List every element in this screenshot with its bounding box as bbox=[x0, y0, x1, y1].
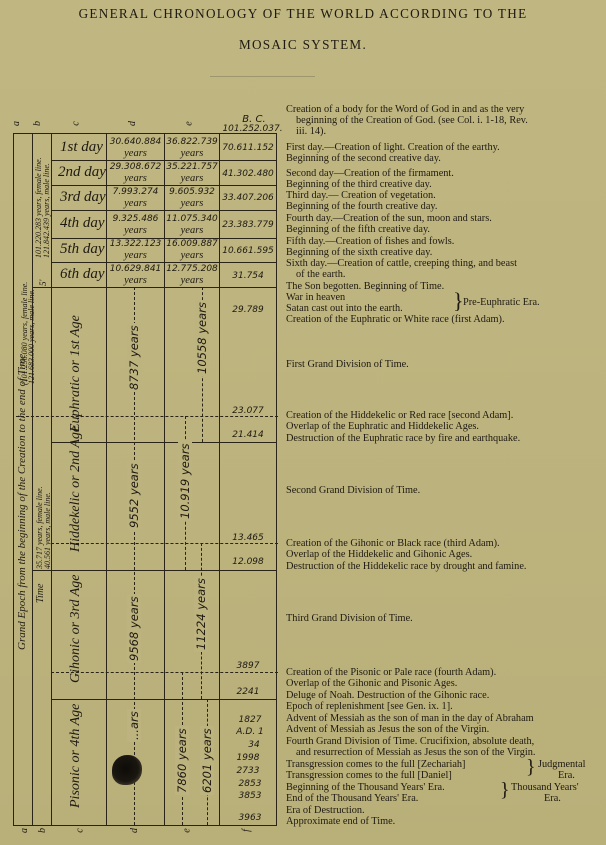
age-years-female: 9552 years bbox=[127, 461, 141, 530]
brace: } bbox=[526, 757, 536, 777]
age-label-hiddekelic: Hiddekelic or 2nd Age bbox=[68, 426, 84, 552]
description-line: Judgmental bbox=[538, 759, 585, 770]
col-d-right-border bbox=[164, 133, 165, 825]
description-line: Beginning of the sixth creative day. bbox=[286, 247, 432, 258]
description-line: Approximate end of Time. bbox=[286, 816, 395, 827]
col-b-right-border bbox=[51, 133, 52, 825]
col-b-time-male: 40.561 years, male line. bbox=[43, 492, 52, 569]
col-b-mark: 5' bbox=[38, 280, 48, 286]
description-line: iii. 14). bbox=[296, 126, 326, 137]
col-b-time-label: Time bbox=[35, 584, 46, 603]
col-a-male-line: 121.683.000 years, male line. bbox=[27, 289, 36, 384]
date-value: 2241 bbox=[220, 687, 276, 697]
description-line: First Grand Division of Time. bbox=[286, 359, 409, 370]
column-letter-d-bottom: d bbox=[129, 828, 140, 833]
date-value: 34 bbox=[226, 740, 282, 750]
day-label: 3rd day bbox=[60, 189, 106, 206]
age-label-pisonic: Pisonic or 4th Age bbox=[68, 704, 84, 808]
date-value: 1998 bbox=[220, 753, 276, 763]
description-line: Beginning of the second creative day. bbox=[286, 153, 441, 164]
female-line-cell: 30.640.884years bbox=[107, 137, 164, 159]
column-letter-e-bottom: e bbox=[182, 828, 193, 832]
age-label-euphratic: Euphratic or 1st Age bbox=[68, 315, 84, 432]
description-line: Overlap of the Gihonic and Pisonic Ages. bbox=[286, 678, 457, 689]
date-value: 3963 bbox=[222, 813, 278, 823]
age-years-male: 7860 years bbox=[175, 726, 189, 795]
ink-stain bbox=[112, 755, 142, 785]
day-label: 1st day bbox=[60, 139, 103, 156]
date-value: 29.789 bbox=[220, 305, 276, 315]
description-line: Epoch of replenishment [see Gen. ix. 1]. bbox=[286, 701, 453, 712]
description-line: Transgression comes to the full [Daniel] bbox=[286, 770, 452, 781]
description-line: Third Grand Division of Time. bbox=[286, 613, 413, 624]
description-line: Era. bbox=[558, 770, 575, 781]
description-line: Satan cast out into the earth. bbox=[286, 303, 403, 314]
overlap-line bbox=[16, 416, 278, 417]
description-line: Pre-Euphratic Era. bbox=[463, 297, 540, 308]
date-value: 41.302.480 bbox=[220, 169, 276, 179]
description-line: First day.—Creation of light. Creation o… bbox=[286, 142, 500, 153]
brace: } bbox=[500, 780, 510, 800]
description-line: Thousand Years' bbox=[511, 782, 579, 793]
day-label: 4th day bbox=[60, 215, 105, 232]
description-line: Advent of Messiah as the son of man in t… bbox=[286, 713, 534, 724]
description-line: Transgression comes to the full [Zechari… bbox=[286, 759, 465, 770]
date-value: 3897 bbox=[220, 661, 276, 671]
description-line: Creation of the Euphratic or White race … bbox=[286, 314, 505, 325]
age-years-male: 11224 years bbox=[194, 576, 208, 652]
female-line-cell: 10.629.841years bbox=[107, 264, 164, 286]
female-line-cell: 29.308.672years bbox=[107, 162, 164, 184]
male-line-cell: 11.075.340years bbox=[165, 214, 219, 236]
col-b-creation-male: 121.842.439 years, male line. bbox=[42, 163, 51, 258]
female-line-cell: 7.993.274years bbox=[107, 187, 164, 209]
description-line: Fifth day.—Creation of fishes and fowls. bbox=[286, 236, 454, 247]
row-line bbox=[32, 287, 276, 288]
age-label-gihonic: Gihonic or 3rd Age bbox=[68, 575, 84, 684]
description-line: End of the Thousand Years' Era. bbox=[286, 793, 418, 804]
col-a-grand-epoch-label: Grand Epoch from the beginning of the Cr… bbox=[16, 354, 28, 650]
age-boundary bbox=[32, 570, 276, 571]
brace: } bbox=[453, 290, 464, 312]
description-line: beginning of the Creation of God. (see C… bbox=[296, 115, 528, 126]
age-boundary bbox=[51, 699, 276, 700]
description-line: Overlap of the Hiddekelic and Gihonic Ag… bbox=[286, 549, 472, 560]
female-line-cell: 9.325.486years bbox=[107, 214, 164, 236]
day-label: 6th day bbox=[60, 266, 105, 283]
overlap-line bbox=[51, 672, 278, 673]
date-value: 10.661.595 bbox=[220, 246, 276, 256]
description-line: Overlap of the Euphratic and Hiddekelic … bbox=[286, 421, 479, 432]
description-line: Third day.— Creation of vegetation. bbox=[286, 190, 436, 201]
description-line: Era. bbox=[544, 793, 561, 804]
male-line-cell: 36.822.739years bbox=[165, 137, 219, 159]
overlap-line bbox=[51, 543, 278, 544]
age-years-female: ...ars bbox=[127, 709, 141, 742]
description-line: Destruction of the Euphratic race by fir… bbox=[286, 433, 520, 444]
date-value: 2853 bbox=[222, 779, 278, 789]
column-letter-f-bottom: f bbox=[241, 829, 252, 832]
table-top-border bbox=[13, 133, 277, 134]
column-letter-c: c bbox=[71, 121, 82, 125]
description-line: Advent of Messiah as Jesus the son of th… bbox=[286, 724, 489, 735]
age-years-male: 6201 years bbox=[200, 726, 214, 795]
column-letter-c-bottom: c bbox=[75, 828, 86, 832]
male-line-cell: 16.009.887years bbox=[165, 239, 219, 261]
title-divider bbox=[210, 76, 315, 77]
description-line: Destruction of the Hiddekelic race by dr… bbox=[286, 561, 526, 572]
column-letter-d: d bbox=[127, 121, 138, 126]
age-years-female: 8737 years bbox=[127, 323, 141, 392]
description-line: and resurrection of Messiah as Jesus the… bbox=[296, 747, 536, 758]
column-letter-b-bottom: b bbox=[37, 828, 48, 833]
description-line: Second day—Creation of the firmament. bbox=[286, 168, 454, 179]
description-line: Beginning of the fourth creative day. bbox=[286, 201, 437, 212]
description-line: Beginning of the fifth creative day. bbox=[286, 224, 430, 235]
document-title: GENERAL CHRONOLOGY OF THE WORLD ACCORDIN… bbox=[0, 6, 606, 22]
male-line-cell: 12.775.208years bbox=[165, 264, 219, 286]
day-label: 5th day bbox=[60, 241, 105, 258]
table-bottom-border bbox=[13, 825, 277, 826]
description-line: Creation of the Hiddekelic or Red race [… bbox=[286, 410, 513, 421]
description-line: Creation of the Gihonic or Black race (t… bbox=[286, 538, 500, 549]
column-letter-e: e bbox=[184, 121, 195, 125]
description-line: Deluge of Noah. Destruction of the Gihon… bbox=[286, 690, 489, 701]
document-subtitle: MOSAIC SYSTEM. bbox=[0, 37, 606, 53]
date-value: A.D. 1 bbox=[222, 727, 278, 737]
description-line: Creation of a body for the Word of God i… bbox=[286, 104, 524, 115]
col-e-right-border bbox=[219, 133, 220, 825]
date-value: 33.407.206 bbox=[220, 193, 276, 203]
date-value: 70.611.152 bbox=[220, 143, 276, 153]
date-value: 23.077 bbox=[220, 406, 276, 416]
col-c-right-border bbox=[106, 133, 107, 825]
date-value: 13.465 bbox=[220, 533, 276, 543]
date-value: 2733 bbox=[220, 766, 276, 776]
document-page: GENERAL CHRONOLOGY OF THE WORLD ACCORDIN… bbox=[0, 0, 606, 845]
male-line-cell: 9.605.932years bbox=[165, 187, 219, 209]
col-a-left-border bbox=[13, 133, 14, 825]
date-value: 31.754 bbox=[220, 271, 276, 281]
date-value: 23.383.779 bbox=[220, 220, 276, 230]
date-value: 3853 bbox=[222, 791, 278, 801]
description-line: The Son begotten. Beginning of Time. bbox=[286, 281, 444, 292]
female-line-cell: 13.322.123years bbox=[107, 239, 164, 261]
age-years-male: 10558 years bbox=[195, 300, 209, 376]
description-line: Beginning of the Thousand Years' Era. bbox=[286, 782, 445, 793]
description-line: Fourth Grand Division of Time. Crucifixi… bbox=[286, 736, 534, 747]
description-line: Beginning of the third creative day. bbox=[286, 179, 432, 190]
description-line: Fourth day.—Creation of the sun, moon an… bbox=[286, 213, 492, 224]
male-line-cell: 35.221.757years bbox=[165, 162, 219, 184]
description-line: War in heaven bbox=[286, 292, 345, 303]
row-line bbox=[51, 210, 276, 211]
column-letter-a-bottom: a bbox=[19, 828, 30, 833]
description-line: Sixth day.—Creation of cattle, creeping … bbox=[286, 258, 517, 269]
description-line: Era of Destruction. bbox=[286, 805, 365, 816]
date-value: 21.414 bbox=[220, 430, 276, 440]
description-line: Creation of the Pisonic or Pale race (fo… bbox=[286, 667, 496, 678]
age-boundary bbox=[51, 442, 276, 443]
date-value: 1827 bbox=[222, 715, 278, 725]
column-letter-b: b bbox=[32, 121, 43, 126]
date-value: 12.098 bbox=[220, 557, 276, 567]
description-line: of the earth. bbox=[296, 269, 345, 280]
age-years-male: 10.919 years bbox=[178, 441, 192, 521]
description-line: Second Grand Division of Time. bbox=[286, 485, 420, 496]
column-letter-a: a bbox=[11, 121, 22, 126]
age-years-female: 9568 years bbox=[127, 594, 141, 663]
day-label: 2nd day bbox=[58, 164, 106, 181]
